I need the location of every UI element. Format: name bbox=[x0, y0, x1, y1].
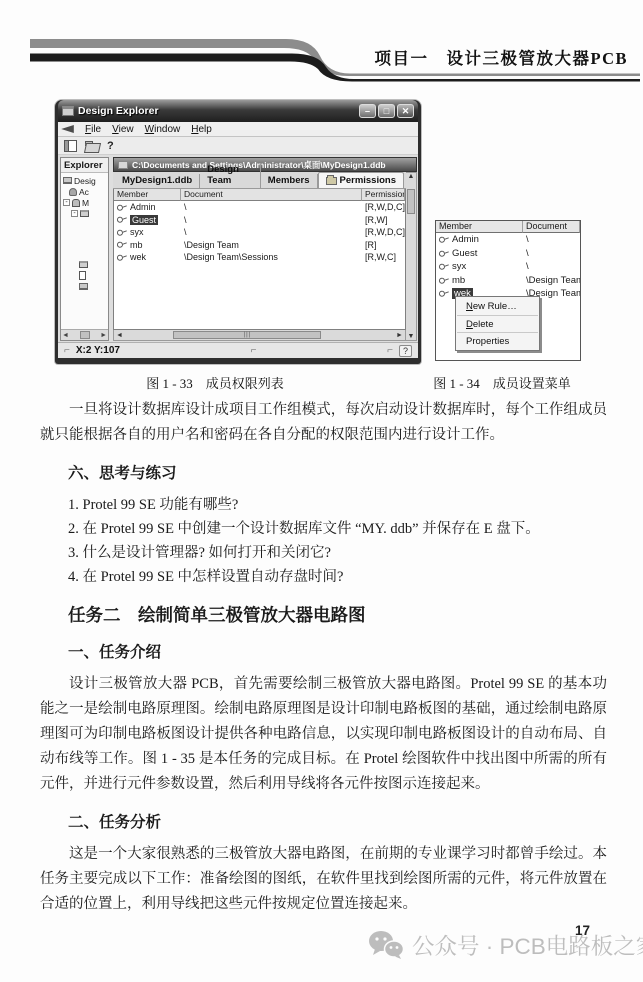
minimize-button[interactable]: – bbox=[359, 104, 376, 118]
table-row[interactable]: mb \Design Team bbox=[436, 274, 580, 288]
table-row[interactable]: Guest \ bbox=[436, 247, 580, 261]
menu-window[interactable]: Window bbox=[145, 124, 181, 135]
document-icon bbox=[79, 271, 86, 280]
member-menu-figure: Member Document Admin \ Guest \ syx \ mb… bbox=[435, 220, 581, 361]
table-header: Member Document bbox=[436, 221, 580, 233]
tree-horizontal-scrollbar[interactable]: ◄ ► bbox=[61, 329, 108, 340]
paragraph-task-analysis: 这是一个大家很熟悉的三极管放大器电路图，在前期的专业课学习时都曾手绘过。本任务主… bbox=[40, 842, 607, 917]
tree-item-folder[interactable]: - bbox=[63, 208, 108, 219]
question-1: 1. Protel 99 SE 功能有哪些? bbox=[68, 493, 607, 517]
heading-task-intro: 一、任务介绍 bbox=[68, 642, 607, 664]
collapse-icon[interactable]: - bbox=[71, 210, 78, 217]
app-icon bbox=[62, 106, 74, 116]
menu-bar: File View Window Help bbox=[58, 122, 418, 137]
document-panel: C:\Documents and Settings\Administrator\… bbox=[113, 157, 417, 341]
watermark: 公众号 · PCB电路板之家 bbox=[368, 929, 643, 961]
window-title: Design Explorer bbox=[78, 105, 355, 117]
table-row[interactable]: Admin \ bbox=[436, 233, 580, 247]
table-horizontal-scrollbar[interactable]: ◄ ||| ► bbox=[113, 330, 406, 341]
col-member[interactable]: Member bbox=[114, 189, 181, 201]
open-folder-icon[interactable] bbox=[85, 141, 99, 151]
page-body: 一旦将设计数据库设计成项目工作组模式，每次启动设计数据库时，每个工作组成员就只能… bbox=[40, 398, 607, 917]
key-icon bbox=[116, 252, 128, 262]
folder-icon bbox=[79, 261, 88, 268]
tree-item-active-stations[interactable]: Ac bbox=[63, 186, 108, 197]
menu-item-new-rule[interactable]: New Rule… bbox=[457, 298, 538, 315]
question-3: 3. 什么是设计管理器? 如何打开和关闭它? bbox=[68, 541, 607, 565]
menu-file[interactable]: File bbox=[85, 124, 101, 135]
help-icon[interactable]: ? bbox=[107, 140, 114, 152]
heading-task2: 任务二 绘制简单三极管放大器电路图 bbox=[68, 603, 607, 627]
tab-permissions[interactable]: Permissions bbox=[318, 172, 405, 188]
col-member[interactable]: Member bbox=[436, 221, 523, 233]
permissions-table: Member Document Permissions Admin \ [R,W… bbox=[113, 189, 406, 330]
folder-icon bbox=[326, 177, 337, 185]
users-icon bbox=[69, 188, 77, 196]
explorer-toggle-icon[interactable] bbox=[64, 140, 77, 152]
address-bar: C:\Documents and Settings\Administrator\… bbox=[113, 157, 417, 172]
status-help-icon[interactable]: ? bbox=[399, 345, 412, 357]
figure-caption-1-34: 图 1 - 34 成员设置菜单 bbox=[412, 373, 592, 392]
menu-item-delete[interactable]: Delete bbox=[457, 315, 538, 332]
table-row-selected[interactable]: Guest \ [R,W] bbox=[114, 214, 405, 227]
key-icon bbox=[438, 288, 450, 299]
tree-item-doc[interactable] bbox=[63, 281, 108, 292]
key-icon bbox=[116, 202, 128, 212]
exercise-questions: 1. Protel 99 SE 功能有哪些? 2. 在 Protel 99 SE… bbox=[68, 493, 607, 589]
figure-caption-1-33: 图 1 - 33 成员权限列表 bbox=[90, 373, 340, 392]
cursor-coordinates: X:2 Y:107 bbox=[76, 345, 120, 356]
explorer-panel-title: Explorer bbox=[61, 158, 108, 173]
heading-task-analysis: 二、任务分析 bbox=[68, 812, 607, 834]
col-document[interactable]: Document bbox=[523, 221, 580, 233]
key-icon bbox=[438, 261, 450, 272]
window-titlebar[interactable]: Design Explorer – □ ✕ bbox=[58, 100, 418, 122]
page-header-title: 项目一 设计三极管放大器PCB bbox=[375, 45, 629, 69]
tab-members[interactable]: Members bbox=[261, 174, 318, 188]
menu-item-properties[interactable]: Properties bbox=[457, 332, 538, 349]
scroll-up-icon[interactable]: ▲ bbox=[408, 173, 415, 180]
scroll-right-icon[interactable]: ► bbox=[100, 332, 107, 339]
scroll-left-icon[interactable]: ◄ bbox=[62, 332, 69, 339]
key-icon bbox=[116, 227, 128, 237]
table-row[interactable]: mb \Design Team [R] bbox=[114, 239, 405, 252]
design-explorer-window: Design Explorer – □ ✕ File View Window H… bbox=[55, 100, 421, 364]
col-permissions[interactable]: Permissions bbox=[362, 189, 405, 201]
database-file-icon bbox=[118, 161, 128, 169]
key-icon bbox=[116, 240, 128, 250]
key-icon bbox=[438, 248, 450, 259]
scroll-thumb[interactable] bbox=[80, 331, 90, 339]
session-icon bbox=[79, 283, 88, 290]
tree-item-doc[interactable] bbox=[63, 259, 108, 270]
tab-design-team[interactable]: Design Team bbox=[200, 163, 261, 188]
wechat-icon bbox=[368, 930, 404, 960]
table-row[interactable]: syx \ bbox=[436, 260, 580, 274]
menu-view[interactable]: View bbox=[112, 124, 134, 135]
scroll-thumb[interactable] bbox=[407, 189, 415, 213]
table-vertical-scrollbar[interactable]: ▲ ▼ bbox=[406, 172, 417, 341]
key-icon bbox=[116, 215, 128, 225]
book-page: { "page": { "header_title": "项目一 设计三极管放大… bbox=[0, 0, 643, 982]
heading-exercise: 六、思考与练习 bbox=[68, 463, 607, 485]
folder-icon bbox=[80, 210, 89, 217]
scroll-down-icon[interactable]: ▼ bbox=[408, 333, 415, 340]
paragraph-workgroup-mode: 一旦将设计数据库设计成项目工作组模式，每次启动设计数据库时，每个工作组成员就只能… bbox=[40, 398, 607, 448]
curve-icon: ⌐ bbox=[387, 345, 393, 356]
maximize-button[interactable]: □ bbox=[378, 104, 395, 118]
tab-mydesign1ddb[interactable]: MyDesign1.ddb bbox=[115, 174, 200, 188]
scroll-left-icon[interactable]: ◄ bbox=[114, 332, 125, 339]
tree-item-design-desktop[interactable]: Desig bbox=[63, 175, 108, 186]
explorer-panel: Explorer Desig Ac - M bbox=[60, 157, 109, 341]
watermark-text: 公众号 · PCB电路板之家 bbox=[412, 929, 643, 961]
table-row[interactable]: syx \ [R,W,D,C] bbox=[114, 226, 405, 239]
scroll-right-icon[interactable]: ► bbox=[394, 332, 405, 339]
tree-item-mydesign[interactable]: - M bbox=[63, 197, 108, 208]
document-tabs: MyDesign1.ddb Design Team Members Permis… bbox=[113, 172, 406, 189]
close-button[interactable]: ✕ bbox=[397, 104, 414, 118]
context-menu: New Rule… Delete Properties bbox=[455, 296, 540, 351]
curve-icon: ⌐ bbox=[251, 345, 257, 356]
down-arrow-icon[interactable] bbox=[61, 125, 74, 133]
question-4: 4. 在 Protel 99 SE 中怎样设置自动存盘时间? bbox=[68, 565, 607, 589]
database-icon bbox=[72, 199, 80, 207]
paragraph-task-intro: 设计三极管放大器 PCB，首先需要绘制三极管放大器电路图。Protel 99 S… bbox=[40, 672, 607, 797]
key-icon bbox=[438, 275, 450, 286]
desktop-icon bbox=[63, 177, 72, 184]
toolbar: ? bbox=[58, 137, 418, 155]
table-row[interactable]: wek \Design Team\Sessions [R,W,C] bbox=[114, 251, 405, 264]
tree-item-doc[interactable] bbox=[63, 270, 108, 281]
col-document[interactable]: Document bbox=[181, 189, 362, 201]
table-header: Member Document Permissions bbox=[114, 189, 405, 201]
question-2: 2. 在 Protel 99 SE 中创建一个设计数据库文件 “MY. ddb”… bbox=[68, 517, 607, 541]
key-icon bbox=[438, 234, 450, 245]
curve-icon: ⌐ bbox=[64, 345, 70, 356]
design-tree: Desig Ac - M - bbox=[61, 173, 108, 329]
collapse-icon[interactable]: - bbox=[63, 199, 70, 206]
menu-help[interactable]: Help bbox=[191, 124, 212, 135]
table-row[interactable]: Admin \ [R,W,D,C] bbox=[114, 201, 405, 214]
scroll-thumb[interactable]: ||| bbox=[173, 331, 321, 339]
status-bar: ⌐ X:2 Y:107 ⌐ ⌐ ? bbox=[58, 342, 418, 358]
